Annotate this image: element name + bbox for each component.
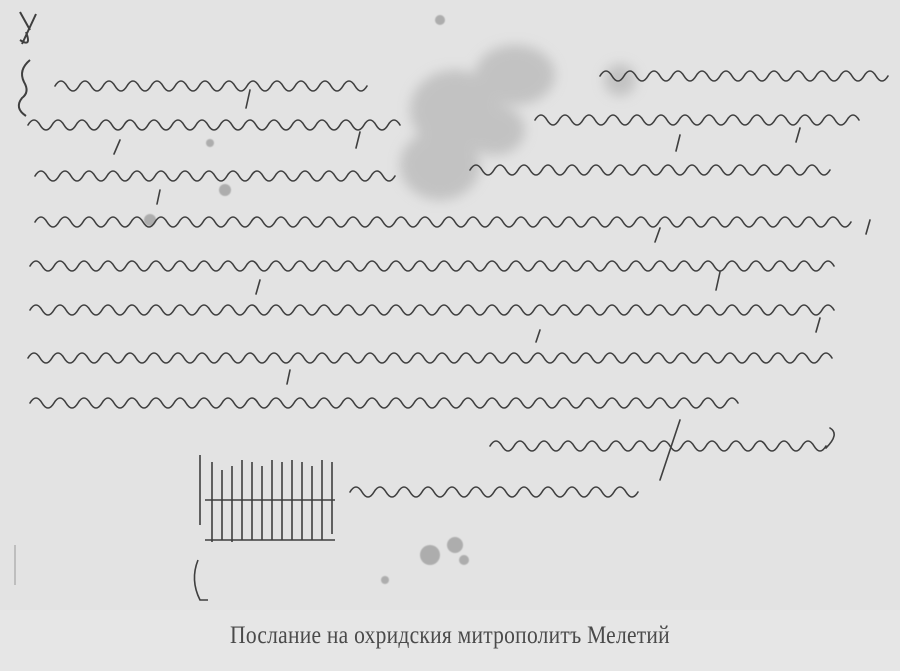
cross-mark — [19, 12, 36, 116]
manuscript-scan — [0, 0, 900, 610]
document-caption: Послание на охридския митрополитъ Мелети… — [63, 622, 837, 662]
water-stain — [400, 45, 636, 200]
handwriting-illustration — [0, 0, 900, 610]
signature — [350, 420, 834, 497]
seal-monogram — [194, 455, 335, 600]
